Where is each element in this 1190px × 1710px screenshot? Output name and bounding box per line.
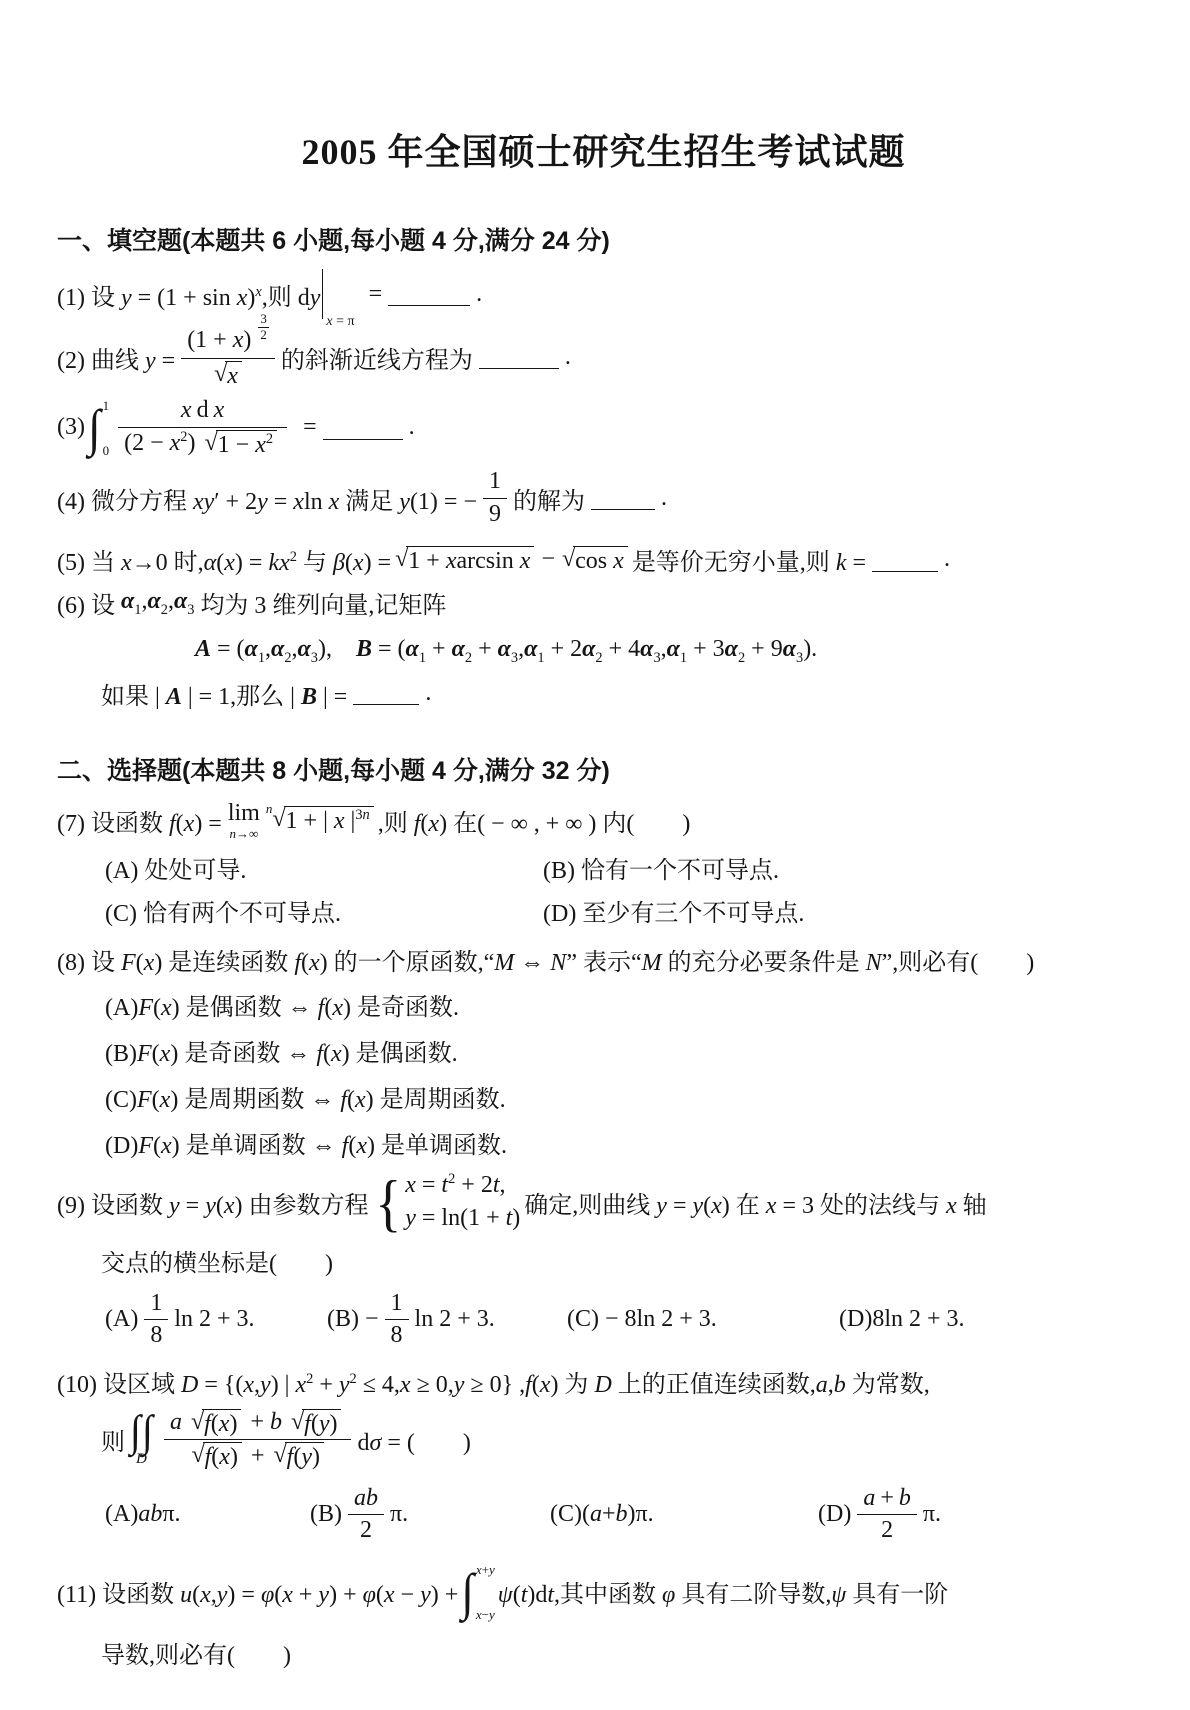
q9-text2: 确定,则曲线 y = y(x) 在 x = 3 处的法线与 x 轴 xyxy=(524,1185,986,1220)
q7-option-d: (D) 至少有三个不可导点. xyxy=(543,893,804,928)
square-root: √ 1 + xarcsin x xyxy=(395,546,534,574)
q10-option-b-label: (B) xyxy=(310,1501,342,1528)
numerator: xdx xyxy=(118,397,287,428)
q10-option-d-text: π. xyxy=(923,1501,941,1528)
exponent-denominator: 2 xyxy=(258,328,269,343)
answer-blank xyxy=(323,416,403,440)
q3-period: . xyxy=(409,414,415,441)
q10-text: (10) 设区域 D = {(x,y) | x2 + y2 ≤ 4,x ≥ 0,… xyxy=(57,1364,930,1399)
question-6-matrices: A = (α1,α2,α3), B = (α1 + α2 + α3,α1 + 2… xyxy=(57,628,1150,665)
denominator: 2 xyxy=(857,1515,917,1545)
answer-blank xyxy=(353,681,419,705)
question-6-conclusion: 如果 | A | = 1,那么 | B | = . xyxy=(57,676,1150,711)
question-10: (10) 设区域 D = {(x,y) | x2 + y2 ≤ 4,x ≥ 0,… xyxy=(57,1364,1150,1399)
numerator: 1 xyxy=(385,1290,409,1321)
limit-text: lim xyxy=(228,801,260,826)
square-root: √ cos x xyxy=(562,546,628,574)
square-root: √ f(y) xyxy=(291,1409,342,1437)
exponent-fraction: 3 2 xyxy=(258,312,269,343)
numerator: (1 + x) 3 2 xyxy=(181,325,275,359)
q1-equals: = xyxy=(369,281,383,308)
q3-equals: = xyxy=(303,414,317,441)
q8-option-a: (A)F(x) 是偶函数 ⇔ f(x) 是奇函数. xyxy=(57,987,1150,1022)
q5-minus: − xyxy=(541,546,555,573)
q8-option-c-text: (C)F(x) 是周期函数 ⇔ f(x) 是周期函数. xyxy=(105,1079,506,1114)
integral-limits: x+y x−y xyxy=(476,1563,495,1621)
q11-text: (11) 设函数 u(x,y) = φ(x + y) + φ(x − y) + xyxy=(57,1574,458,1609)
q10-text3: dσ = ( ) xyxy=(357,1422,470,1457)
denominator: √ f(x) + √ f(y) xyxy=(164,1440,352,1470)
integral-glyph: ∫ xyxy=(142,1406,153,1456)
q7-options-row-1: (A) 处处可导. (B) 恰有一个不可导点. xyxy=(57,850,1150,885)
denominator: (2 − x2) √ 1 − x2 xyxy=(118,428,287,458)
q8-option-d: (D)F(x) 是单调函数 ⇔ f(x) 是单调函数. xyxy=(57,1125,1150,1160)
q6-text: (6) 设 xyxy=(57,585,115,620)
denominator: 8 xyxy=(144,1320,168,1350)
q6-text3: 如果 | A | = 1,那么 | B | = xyxy=(101,676,347,711)
numerator: a + b xyxy=(857,1485,917,1516)
vertical-bar xyxy=(322,269,323,319)
denominator-plus: + xyxy=(251,1443,265,1471)
limit: lim n→∞ xyxy=(228,801,260,841)
q6-vectors: α1,α2,α3 xyxy=(121,588,194,617)
q7-options-row-2: (C) 恰有两个不可导点. (D) 至少有三个不可导点. xyxy=(57,893,1150,928)
q5-text2: 是等价无穷小量,则 k = xyxy=(632,542,866,577)
q8-option-c: (C)F(x) 是周期函数 ⇔ f(x) 是周期函数. xyxy=(57,1079,1150,1114)
evaluated-at-bar: x = π xyxy=(322,269,354,319)
q2-text: (2) 曲线 y = xyxy=(57,340,175,375)
q11-text3: 导数,则必有( ) xyxy=(101,1635,291,1670)
radicand: f(x) xyxy=(203,1442,242,1470)
q10-option-c: (C)(a + b)π. xyxy=(550,1501,818,1528)
integral-glyph: ∫ xyxy=(130,1406,141,1456)
fraction: xdx (2 − x2) √ 1 − x2 xyxy=(118,397,287,458)
q7-text2: ,则 f(x) 在( − ∞ , + ∞ ) 内( ) xyxy=(378,803,691,838)
q2-text2: 的斜渐近线方程为 xyxy=(281,340,473,375)
page-title: 2005 年全国硕士研究生招生考试试题 xyxy=(57,0,1150,175)
q4-text: (4) 微分方程 xy′ + 2y = xln x 满足 y(1) = − xyxy=(57,481,477,516)
q2-period: . xyxy=(565,344,571,371)
exam-page: 2005 年全国硕士研究生招生考试试题 一、填空题(本题共 6 小题,每小题 4… xyxy=(0,0,1190,1710)
question-11: (11) 设函数 u(x,y) = φ(x + y) + φ(x − y) + … xyxy=(57,1563,1150,1621)
radicand: 1 + xarcsin x xyxy=(406,546,534,574)
radicand: f(x) xyxy=(202,1409,241,1437)
system-equation-1: x = t2 + 2t, xyxy=(405,1172,505,1200)
q4-period: . xyxy=(661,485,667,512)
section-1-heading: 一、填空题(本题共 6 小题,每小题 4 分,满分 24 分) xyxy=(57,221,1150,257)
q9-option-b-label: (B) − xyxy=(327,1306,379,1333)
q9-option-d: (D)8ln 2 + 3. xyxy=(839,1306,965,1333)
numerator: ab xyxy=(348,1485,384,1516)
numerator: a √ f(x) + b √ f(y) xyxy=(164,1409,352,1440)
q8-option-a-text: (A)F(x) 是偶函数 ⇔ f(x) 是奇函数. xyxy=(105,987,459,1022)
q9-option-a-label: (A) xyxy=(105,1306,138,1333)
radicand: 1 + | x |3n xyxy=(284,806,374,834)
q5-text: (5) 当 x→0 时,α(x) = kx2 与 β(x) = xyxy=(57,542,391,577)
denominator: √ x xyxy=(181,359,275,389)
exponent-numerator: 3 xyxy=(258,312,269,328)
q6-period: . xyxy=(425,680,431,707)
square-root: √ f(y) xyxy=(273,1442,324,1470)
question-11-continued: 导数,则必有( ) xyxy=(57,1635,1150,1670)
question-9: (9) 设函数 y = y(x) 由参数方程 { x = t2 + 2t, y … xyxy=(57,1172,1150,1232)
evaluation-point: x = π xyxy=(326,314,354,330)
fraction: a + b 2 xyxy=(857,1485,917,1545)
question-1: (1) 设 y = (1 + sin x)x,则 dy x = π = . xyxy=(57,269,1150,319)
question-2: (2) 曲线 y = (1 + x) 3 2 √ x 的斜渐近线方程为 . xyxy=(57,325,1150,389)
answer-blank xyxy=(479,345,559,369)
limit-subscript: n→∞ xyxy=(229,827,258,841)
double-integral-sign: ∫ ∫ xyxy=(130,1410,153,1452)
q9-text: (9) 设函数 y = y(x) 由参数方程 xyxy=(57,1185,369,1220)
q8-option-d-text: (D)F(x) 是单调函数 ⇔ f(x) 是单调函数. xyxy=(105,1125,507,1160)
q10-options-row: (A)abπ. (B) ab 2 π. (C)(a + b)π. (D) a +… xyxy=(57,1485,1150,1545)
q6-text2: 均为 3 维列向量,记矩阵 xyxy=(200,585,446,620)
question-7: (7) 设函数 f(x) = lim n→∞ n √ 1 + | x |3n ,… xyxy=(57,801,1150,841)
q10-option-a: (A)abπ. xyxy=(105,1501,310,1528)
q10-option-b: (B) ab 2 π. xyxy=(310,1485,550,1545)
answer-blank xyxy=(591,486,655,510)
system-equations: x = t2 + 2t, y = ln(1 + t) xyxy=(405,1172,520,1232)
q9-option-c: (C) − 8ln 2 + 3. xyxy=(567,1306,839,1333)
q8-text: (8) 设 F(x) 是连续函数 f(x) 的一个原函数,“M ⇔ N” 表示“… xyxy=(57,942,1034,977)
answer-blank xyxy=(388,282,470,306)
answer-blank xyxy=(872,548,938,572)
question-3: (3) ∫ 1 0 xdx (2 − x2) √ 1 − x2 = . xyxy=(57,397,1150,458)
q5-period: . xyxy=(944,546,950,573)
section-2-heading: 二、选择题(本题共 8 小题,每小题 4 分,满分 32 分) xyxy=(57,751,1150,787)
numerator-base: (1 + x) xyxy=(187,327,251,355)
square-root: √ f(x) xyxy=(191,1442,242,1470)
root-index: n xyxy=(266,801,273,817)
definite-integral: ∫ x+y x−y xyxy=(461,1563,495,1621)
fraction: 1 9 xyxy=(483,468,507,528)
q8-option-b: (B)F(x) 是奇函数 ⇔ f(x) 是偶函数. xyxy=(57,1033,1150,1068)
numerator-coefficient: a xyxy=(170,1409,182,1437)
q7-text: (7) 设函数 f(x) = xyxy=(57,803,222,838)
q7-option-c: (C) 恰有两个不可导点. xyxy=(105,893,543,928)
q9-option-b: (B) − 1 8 ln 2 + 3. xyxy=(327,1290,567,1350)
lower-limit: 0 xyxy=(103,444,110,457)
fraction: (1 + x) 3 2 √ x xyxy=(181,325,275,389)
question-5: (5) 当 x→0 时,α(x) = kx2 与 β(x) = √ 1 + xa… xyxy=(57,542,1150,577)
numerator: 1 xyxy=(144,1290,168,1321)
square-root: √ f(x) xyxy=(191,1409,242,1437)
q1-period: . xyxy=(476,281,482,308)
fraction: a √ f(x) + b √ f(y) √ f(x) + √ xyxy=(164,1409,352,1471)
parametric-system: { x = t2 + 2t, y = ln(1 + t) xyxy=(373,1172,521,1232)
integral-limits: 1 0 xyxy=(103,399,110,457)
upper-limit: 1 xyxy=(103,399,110,412)
brace-symbol: { xyxy=(375,1175,401,1231)
denominator: 8 xyxy=(385,1320,409,1350)
fraction: 1 8 xyxy=(385,1290,409,1350)
upper-limit: x+y xyxy=(476,1563,495,1576)
q4-text2: 的解为 xyxy=(513,481,585,516)
q10-option-d-label: (D) xyxy=(818,1501,851,1528)
system-equation-2: y = ln(1 + t) xyxy=(405,1205,520,1233)
fraction: ab 2 xyxy=(348,1485,384,1545)
q9-option-a-text: ln 2 + 3. xyxy=(174,1306,254,1333)
q9-options-row: (A) 1 8 ln 2 + 3. (B) − 1 8 ln 2 + 3. (C… xyxy=(57,1290,1150,1350)
q9-option-a: (A) 1 8 ln 2 + 3. xyxy=(105,1290,327,1350)
nth-root: √ 1 + | x |3n xyxy=(272,806,373,834)
radicand: f(y) xyxy=(302,1409,341,1437)
q11-text2: ψ(t)dt,其中函数 φ 具有二阶导数,ψ 具有一阶 xyxy=(498,1574,948,1609)
integral-sign: ∫ xyxy=(88,402,101,454)
lower-limit: x−y xyxy=(476,1608,495,1621)
q7-option-b: (B) 恰有一个不可导点. xyxy=(543,850,779,885)
integral-sign: ∫ xyxy=(461,1566,474,1618)
q3-number: (3) xyxy=(57,414,85,441)
matrix-definitions: A = (α1,α2,α3), B = (α1 + α2 + α3,α1 + 2… xyxy=(195,628,817,665)
question-10-integral: 则 ∫ ∫ D a √ f(x) + b √ f(y) xyxy=(57,1409,1150,1471)
fraction: 1 8 xyxy=(144,1290,168,1350)
numerator: 1 xyxy=(483,468,507,499)
q10-option-d: (D) a + b 2 π. xyxy=(818,1485,941,1545)
question-8: (8) 设 F(x) 是连续函数 f(x) 的一个原函数,“M ⇔ N” 表示“… xyxy=(57,942,1150,977)
square-root: √ x xyxy=(214,361,242,389)
q1-text: (1) 设 y = (1 + sin x)x,则 dy xyxy=(57,277,320,312)
question-4: (4) 微分方程 xy′ + 2y = xln x 满足 y(1) = − 1 … xyxy=(57,468,1150,528)
square-root: √ 1 − x2 xyxy=(204,430,277,458)
radicand: x xyxy=(225,361,242,389)
denominator: 2 xyxy=(348,1515,384,1545)
radicand: f(y) xyxy=(285,1442,324,1470)
q7-option-a: (A) 处处可导. xyxy=(105,850,543,885)
double-integral: ∫ ∫ D xyxy=(130,1412,153,1467)
q9-option-b-text: ln 2 + 3. xyxy=(415,1306,495,1333)
q10-option-b-text: π. xyxy=(390,1501,408,1528)
q9-text3: 交点的横坐标是( ) xyxy=(101,1243,333,1278)
question-6: (6) 设 α1,α2,α3 均为 3 维列向量,记矩阵 xyxy=(57,585,1150,620)
q8-option-b-text: (B)F(x) 是奇函数 ⇔ f(x) 是偶函数. xyxy=(105,1033,458,1068)
denominator-text: (2 − x2) xyxy=(124,430,195,458)
numerator-plus: + b xyxy=(250,1409,282,1437)
q10-text2: 则 xyxy=(101,1422,125,1457)
radicand: 1 − x2 xyxy=(216,430,277,458)
question-9-continued: 交点的横坐标是( ) xyxy=(57,1243,1150,1278)
radicand: cos x xyxy=(573,546,628,574)
denominator: 9 xyxy=(483,499,507,529)
definite-integral: ∫ 1 0 xyxy=(88,399,109,457)
